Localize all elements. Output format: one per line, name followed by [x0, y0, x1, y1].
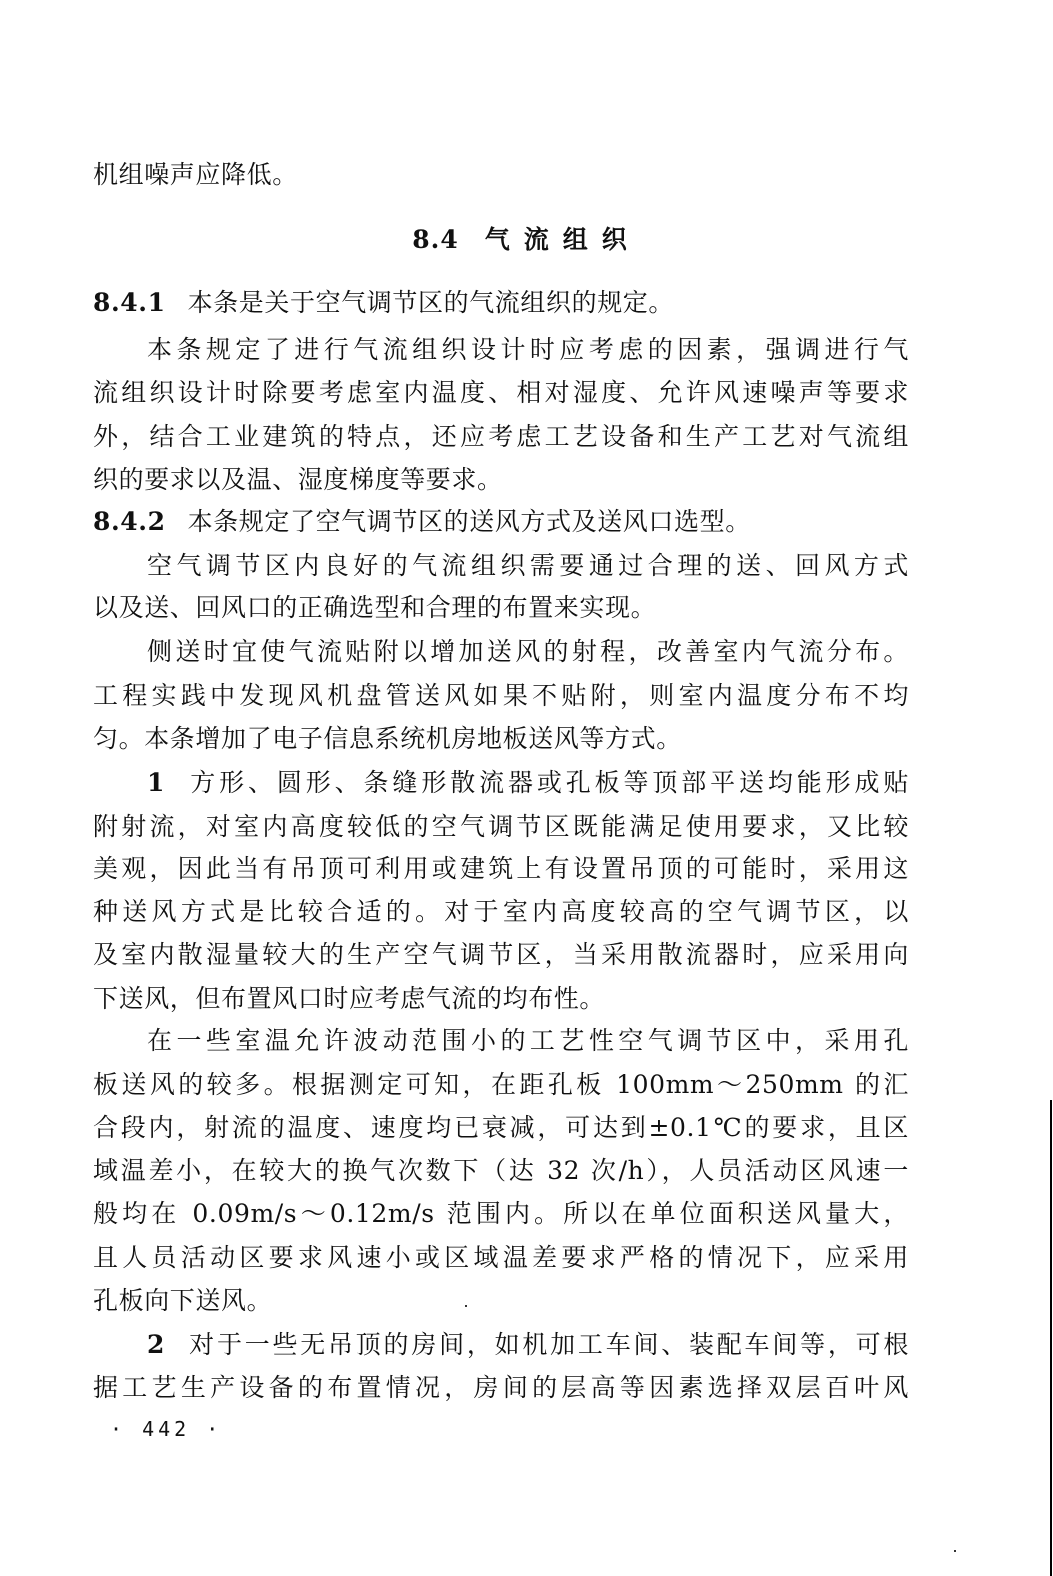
scan-speck	[954, 1550, 956, 1552]
paragraph-line: 合段内，射流的温度、速度均已衰减，可达到±0.1℃的要求，且区	[93, 1113, 909, 1143]
section-title: 气流组织	[485, 225, 641, 254]
item-number: 1	[147, 768, 165, 797]
paragraph-line: 以及送、回风口的正确选型和合理的布置来实现。	[93, 593, 909, 623]
clause-number: 8.4.1	[93, 288, 166, 317]
item-text: 方形、圆形、条缝形散流器或孔板等顶部平送均能形成贴	[187, 768, 909, 797]
paragraph-line: 且人员活动区要求风速小或区域温差要求严格的情况下，应采用	[93, 1243, 909, 1273]
paragraph-line: 流组织设计时除要考虑室内温度、相对湿度、允许风速噪声等要求	[93, 378, 909, 408]
paragraph-line: 美观，因此当有吊顶可利用或建筑上有设置吊顶的可能时，采用这	[93, 854, 909, 884]
paragraph-line: 在一些室温允许波动范围小的工艺性空气调节区中，采用孔	[147, 1026, 909, 1056]
paragraph-line: 本条规定了进行气流组织设计时应考虑的因素，强调进行气	[147, 335, 909, 365]
paragraph-line: 孔板向下送风。	[93, 1286, 909, 1316]
paragraph-line: 附射流，对室内高度较低的空气调节区既能满足使用要求，又比较	[93, 812, 909, 842]
paragraph-line: 侧送时宜使气流贴附以增加送风的射程，改善室内气流分布。	[147, 637, 909, 667]
scan-speck	[465, 1305, 467, 1307]
clause-text: 本条是关于空气调节区的气流组织的规定。	[188, 288, 674, 317]
list-item-line: 1方形、圆形、条缝形散流器或孔板等顶部平送均能形成贴	[147, 768, 909, 798]
paragraph-line: 域温差小，在较大的换气次数下（达 32 次/h），人员活动区风速一	[93, 1156, 909, 1186]
paragraph-line: 般均在 0.09m/s～0.12m/s 范围内。所以在单位面积送风量大，	[93, 1199, 909, 1229]
paragraph-line: 种送风方式是比较合适的。对于室内高度较高的空气调节区，以	[93, 897, 909, 927]
paragraph-line: 织的要求以及温、湿度梯度等要求。	[93, 465, 909, 495]
document-page: 机组噪声应降低。 8.4气流组织 8.4.1本条是关于空气调节区的气流组织的规定…	[0, 0, 1053, 1576]
paragraph-line: 外，结合工业建筑的特点，还应考虑工艺设备和生产工艺对气流组	[93, 422, 909, 452]
paragraph-line: 匀。本条增加了电子信息系统机房地板送风等方式。	[93, 724, 909, 754]
paragraph-line: 下送风，但布置风口时应考虑气流的均布性。	[93, 984, 909, 1014]
section-heading: 8.4气流组织	[0, 225, 1053, 255]
paragraph-line: 工程实践中发现风机盘管送风如果不贴附，则室内温度分布不均	[93, 681, 909, 711]
clause-number: 8.4.2	[93, 507, 166, 536]
clause-line: 8.4.2本条规定了空气调节区的送风方式及送风口选型。	[93, 507, 909, 537]
section-number: 8.4	[412, 225, 459, 254]
paragraph-line: 机组噪声应降低。	[93, 160, 909, 190]
paragraph-line: 及室内散湿量较大的生产空气调节区，当采用散流器时，应采用向	[93, 940, 909, 970]
clause-line: 8.4.1本条是关于空气调节区的气流组织的规定。	[93, 288, 909, 318]
list-item-line: 2对于一些无吊顶的房间，如机加工车间、装配车间等，可根	[147, 1330, 909, 1360]
paragraph-line: 据工艺生产设备的布置情况，房间的层高等因素选择双层百叶风	[93, 1373, 909, 1403]
paragraph-line: 空气调节区内良好的气流组织需要通过合理的送、回风方式	[147, 551, 909, 581]
clause-text: 本条规定了空气调节区的送风方式及送风口选型。	[188, 507, 751, 536]
item-text: 对于一些无吊顶的房间，如机加工车间、装配车间等，可根	[187, 1330, 909, 1359]
page-number: · 442 ·	[110, 1417, 222, 1441]
item-number: 2	[147, 1330, 165, 1359]
paragraph-line: 板送风的较多。根据测定可知，在距孔板 100mm～250mm 的汇	[93, 1070, 909, 1100]
page-edge-line	[1050, 1100, 1052, 1576]
